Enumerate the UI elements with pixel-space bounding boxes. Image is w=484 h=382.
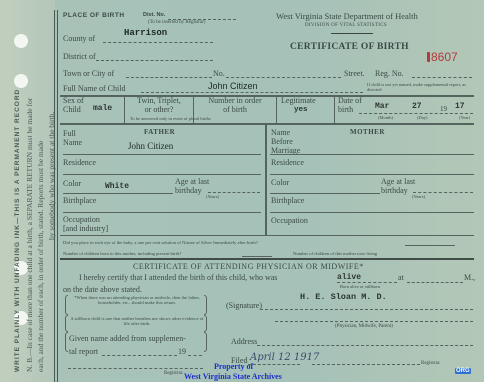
mother-age-label: Age at lastbirthday (381, 177, 415, 195)
rule (270, 212, 474, 213)
given-name-label: Given name added from supplemen- (69, 334, 186, 343)
county-value: Harrison (124, 28, 167, 38)
reg-no-label: Reg. No. (375, 69, 404, 78)
mother-heading: MOTHER (350, 128, 385, 136)
registrar-label-2: Registrar. (421, 361, 440, 366)
birth-order-label: Number in orderof birth (198, 96, 272, 114)
mother-birthplace-label: Birthplace (271, 196, 304, 205)
punch-hole (14, 34, 28, 48)
registrar-label: Registrar. (164, 371, 183, 376)
rule (60, 235, 474, 236)
father-age-field[interactable] (208, 192, 260, 193)
father-occupation-label: Occupation[and industry] (63, 215, 108, 233)
department-name: West Virginia State Department of Health (276, 11, 418, 21)
rule (60, 258, 474, 260)
children-living-question: Number of children of this mother now li… (293, 251, 377, 256)
time-field[interactable] (407, 282, 463, 283)
year-caption: (Year) (459, 115, 470, 120)
brace (65, 315, 68, 332)
father-name-label: FullName (63, 129, 82, 147)
father-years-caption: (Years) (206, 194, 219, 199)
supplemental-report-label: tal report (69, 347, 98, 356)
child-name-value: John Citizen (208, 81, 258, 91)
county-field[interactable] (103, 42, 213, 43)
father-age-label: Age at lastbirthday (175, 177, 209, 195)
birth-status-field[interactable] (337, 282, 397, 283)
sex-label: Sex ofChild (63, 96, 84, 114)
father-color-label: Color (63, 179, 81, 188)
stillborn-note: A stillborn child is one that neither br… (70, 316, 204, 326)
parents-divider (265, 123, 267, 235)
certify-statement: I hereby certify that I attended the bir… (79, 273, 277, 282)
mother-color-label: Color (271, 178, 289, 187)
child-name-field[interactable] (141, 92, 363, 93)
mother-name-label: NameBeforeMarriage (271, 128, 300, 155)
day-caption: (Day) (417, 115, 428, 120)
role-caption: (Physician, Midwife, Parent) (335, 324, 393, 329)
dist-no-note: (To be inserted by Registrar) (148, 20, 205, 25)
nitrate-answer-field[interactable] (405, 245, 455, 246)
punch-hole (14, 74, 28, 88)
child-name-label: Full Name of Child (63, 84, 125, 93)
rule (270, 193, 380, 194)
filed-date-field[interactable] (248, 364, 300, 365)
watermark-archives: West Virginia State Archives (184, 372, 282, 381)
m-label: M., (464, 273, 475, 282)
role-field[interactable] (275, 321, 473, 322)
dob-year: 17 (455, 102, 465, 111)
father-residence-label: Residence (63, 158, 96, 167)
brace (204, 315, 207, 332)
registrar-signature-field-2[interactable] (312, 364, 420, 365)
header-divider (331, 33, 373, 34)
town-label: Town or City of (63, 69, 114, 78)
district-field[interactable] (96, 60, 213, 61)
brace (65, 332, 68, 352)
birth-certificate: WRITE PLAINLY WITH UNFADING INK—THIS IS … (0, 0, 484, 382)
stub-note-line-1: N. B.—In case of more than one child at … (25, 98, 34, 372)
date-above-stated: on the date above stated. (63, 285, 142, 294)
month-caption: (Month) (378, 115, 393, 120)
father-birthplace-label: Birthplace (63, 196, 96, 205)
filed-date-value: April 12 1917 (250, 352, 319, 363)
signature-label: (Signature) (226, 301, 262, 310)
nitrate-question: Did you place in each eye of the baby, a… (63, 240, 258, 245)
twin-label: Twin, Triplet,or other? (130, 96, 188, 114)
rule (63, 212, 261, 213)
mother-years-caption: (Years) (412, 194, 425, 199)
rule (276, 95, 277, 125)
rule (124, 95, 125, 125)
plural-birth-note: To be answered only in event of plural b… (130, 116, 211, 121)
mother-occupation-label: Occupation (271, 216, 308, 225)
rule (270, 174, 474, 175)
legitimate-value: yes (294, 106, 308, 114)
address-field[interactable] (257, 345, 473, 346)
county-label: County of (63, 34, 95, 43)
rule (60, 123, 474, 125)
rule (63, 174, 261, 175)
reg-no-field[interactable] (412, 77, 472, 78)
rule (270, 154, 474, 155)
mother-age-field[interactable] (413, 192, 473, 193)
address-label: Address (231, 337, 257, 346)
legitimate-label: Legitimate (281, 96, 316, 105)
rule (63, 154, 261, 155)
birth-status-value: alive (337, 273, 361, 282)
certificate-number: 8607 (427, 50, 458, 64)
street-label: Street. (344, 69, 365, 78)
physician-heading: CERTIFICATE OF ATTENDING PHYSICIAN OR MI… (133, 262, 364, 271)
child-name-note: If child is not yet named, make suppleme… (367, 82, 477, 92)
town-field[interactable] (126, 77, 212, 78)
rule (63, 193, 173, 194)
street-number-field[interactable] (226, 77, 341, 78)
no-physician-note: *When there was no attending physician o… (70, 295, 204, 305)
dob-field[interactable] (359, 113, 473, 114)
dob-month: Mar (375, 102, 389, 111)
sex-value: male (93, 104, 112, 113)
certificate-title: CERTIFICATE OF BIRTH (290, 42, 409, 52)
brace (204, 295, 207, 315)
at-label: at (398, 273, 404, 282)
signature-field[interactable] (260, 309, 473, 310)
registrar-signature-field[interactable] (68, 368, 203, 369)
place-of-birth-heading: PLACE OF BIRTH (63, 12, 125, 19)
supplemental-report-field[interactable] (102, 355, 177, 356)
dist-no-label: Dist. No. (143, 12, 165, 18)
father-color-value: White (105, 182, 129, 191)
dob-year-prefix: 19 (440, 105, 447, 113)
org-badge: ORG (455, 359, 471, 377)
father-name-value: John Citizen (128, 141, 173, 151)
given-year-field[interactable] (188, 355, 202, 356)
brace (65, 295, 68, 315)
divider (54, 10, 55, 382)
children-born-question: Number of children born to this mother, … (63, 251, 181, 256)
watermark-property-of: Property of (214, 362, 253, 371)
brace (204, 332, 207, 352)
father-heading: FATHER (144, 128, 175, 136)
mother-residence-label: Residence (271, 158, 304, 167)
divider (57, 10, 58, 382)
stub-instruction: WRITE PLAINLY WITH UNFADING INK—THIS IS … (14, 89, 21, 372)
stub-note-line-2: each, and the number of each, in order o… (36, 141, 45, 372)
given-year-prefix: 19 (178, 347, 186, 356)
district-label: District of (63, 52, 96, 61)
division-name: DIVISION OF VITAL STATISTICS (305, 23, 387, 28)
signature-value: H. E. Sloan M. D. (300, 292, 387, 302)
rule (334, 95, 335, 125)
dob-day: 27 (412, 102, 422, 111)
dob-label: Date ofbirth (338, 96, 362, 114)
no-label: No. (213, 69, 225, 78)
born-caption: Born alive or stillborn (340, 284, 380, 289)
children-born-field[interactable] (242, 256, 272, 257)
